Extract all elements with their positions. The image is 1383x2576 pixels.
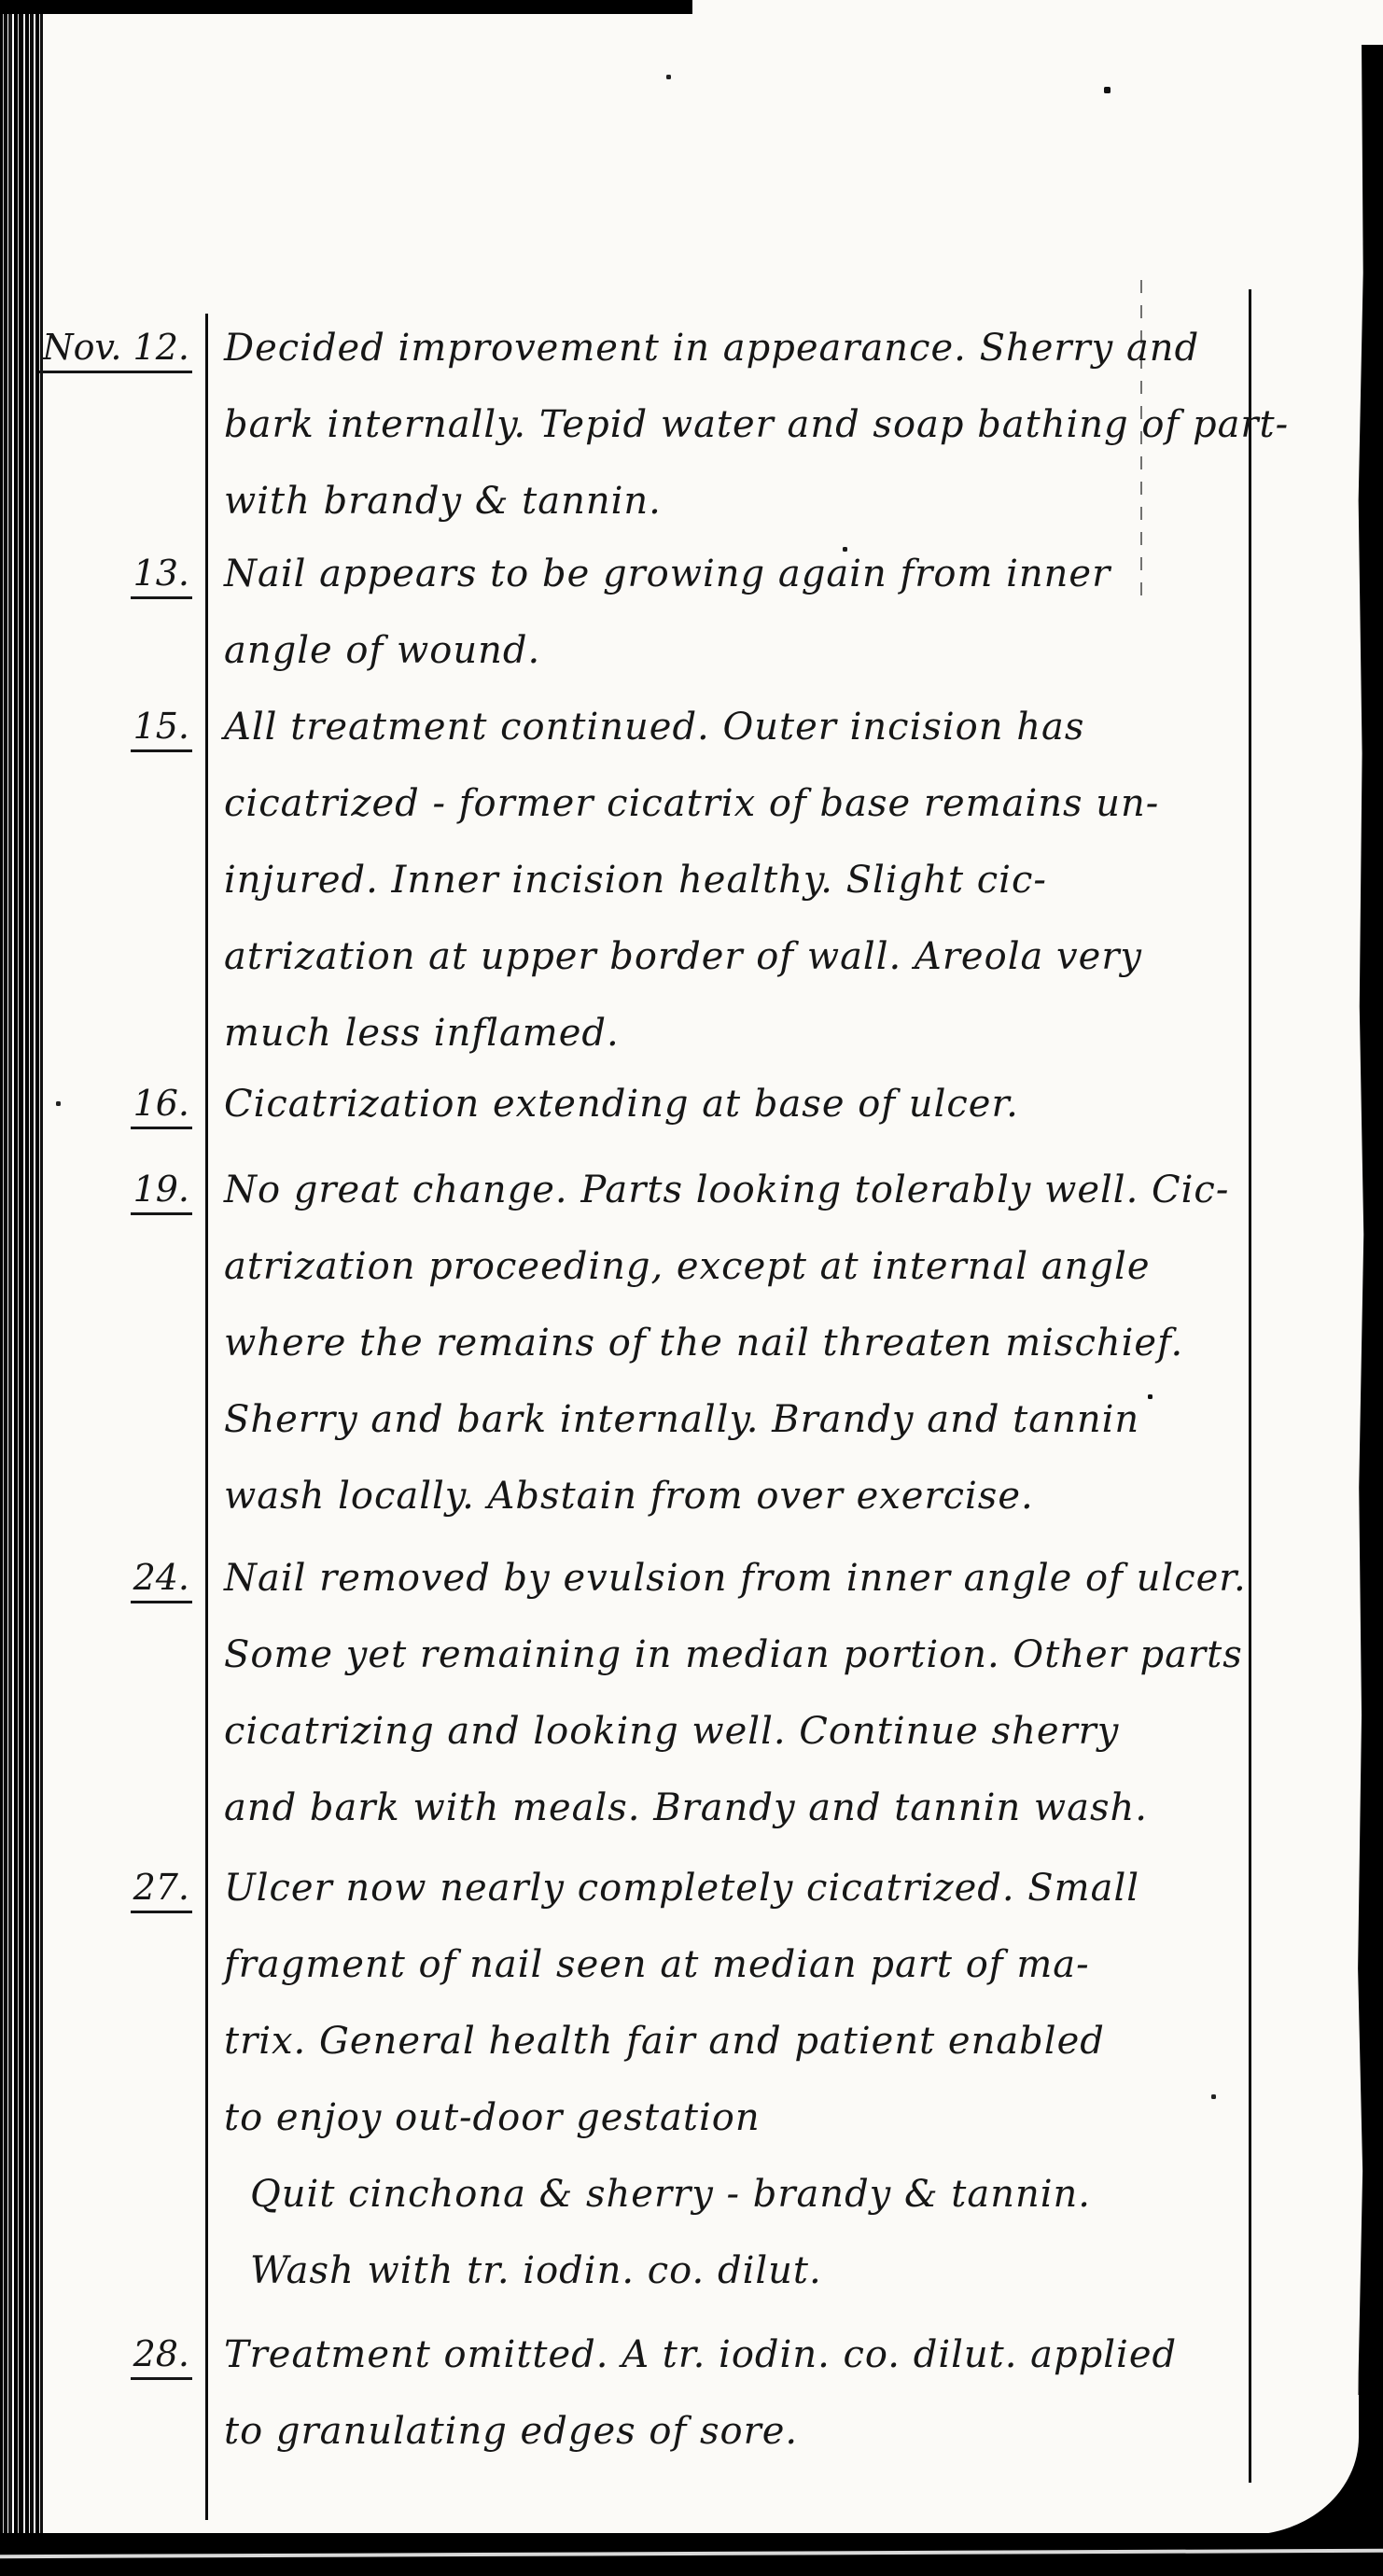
entry-line: fragment of nail seen at median part of … xyxy=(224,1943,1090,1986)
entry-line: wash locally. Abstain from over exercise… xyxy=(224,1475,1034,1518)
entry-date-label: Nov. 12. xyxy=(39,327,192,373)
entry-date: 19. xyxy=(0,1169,192,1210)
entry-line: where the remains of the nail threaten m… xyxy=(224,1322,1183,1365)
entry-line: Nail removed by evulsion from inner angl… xyxy=(224,1557,1247,1600)
entry-line: trix. General health fair and patient en… xyxy=(224,2020,1105,2063)
entry-line: No great change. Parts looking tolerably… xyxy=(224,1169,1229,1211)
entry-date: Nov. 12. xyxy=(0,327,192,368)
entry-line: angle of wound. xyxy=(224,629,540,672)
entry-line: cicatrized - former cicatrix of base rem… xyxy=(224,782,1159,825)
entry-line: to granulating edges of sore. xyxy=(224,2410,798,2453)
entry-line: Sherry and bark internally. Brandy and t… xyxy=(224,1398,1139,1441)
entry-line: injured. Inner incision healthy. Slight … xyxy=(224,859,1047,902)
entry-line: atrization proceeding, except at interna… xyxy=(224,1245,1151,1288)
entry-date-label: 16. xyxy=(131,1083,192,1129)
entry-line: atrization at upper border of wall. Areo… xyxy=(224,935,1142,978)
entry-date-label: 19. xyxy=(131,1169,192,1215)
entry-date: 24. xyxy=(0,1557,192,1598)
entry-line: cicatrizing and looking well. Continue s… xyxy=(224,1710,1119,1753)
entry-line: Nail appears to be growing again from in… xyxy=(224,553,1111,595)
entry-line: Treatment omitted. A tr. iodin. co. dilu… xyxy=(224,2333,1177,2376)
entry-line: Wash with tr. iodin. co. dilut. xyxy=(250,2249,822,2292)
entry-line: Decided improvement in appearance. Sherr… xyxy=(224,327,1199,370)
entry-date: 16. xyxy=(0,1083,192,1124)
entry-line: with brandy & tannin. xyxy=(224,480,662,523)
entry-date-label: 15. xyxy=(131,706,192,752)
entry-date: 13. xyxy=(0,553,192,594)
entry-line: All treatment continued. Outer incision … xyxy=(224,706,1084,749)
entry-line: much less inflamed. xyxy=(224,1012,620,1055)
entry-date: 28. xyxy=(0,2333,192,2374)
entry-line: Quit cinchona & sherry - brandy & tannin… xyxy=(250,2173,1091,2216)
scanned-journal-page: Nov. 12.Decided improvement in appearanc… xyxy=(0,0,1383,2576)
journal-entries: Nov. 12.Decided improvement in appearanc… xyxy=(0,0,1383,2576)
entry-date-label: 27. xyxy=(131,1867,192,1913)
entry-line: Ulcer now nearly completely cicatrized. … xyxy=(224,1867,1139,1910)
entry-date: 15. xyxy=(0,706,192,747)
entry-line: and bark with meals. Brandy and tannin w… xyxy=(224,1786,1148,1829)
entry-line: bark internally. Tepid water and soap ba… xyxy=(224,403,1289,446)
entry-date: 27. xyxy=(0,1867,192,1908)
entry-line: Cicatrization extending at base of ulcer… xyxy=(224,1083,1019,1126)
entry-date-label: 13. xyxy=(131,553,192,599)
entry-line: to enjoy out-door gestation xyxy=(224,2096,761,2139)
entry-date-label: 28. xyxy=(131,2333,192,2380)
entry-line: Some yet remaining in median portion. Ot… xyxy=(224,1633,1243,1676)
entry-date-label: 24. xyxy=(131,1557,192,1603)
